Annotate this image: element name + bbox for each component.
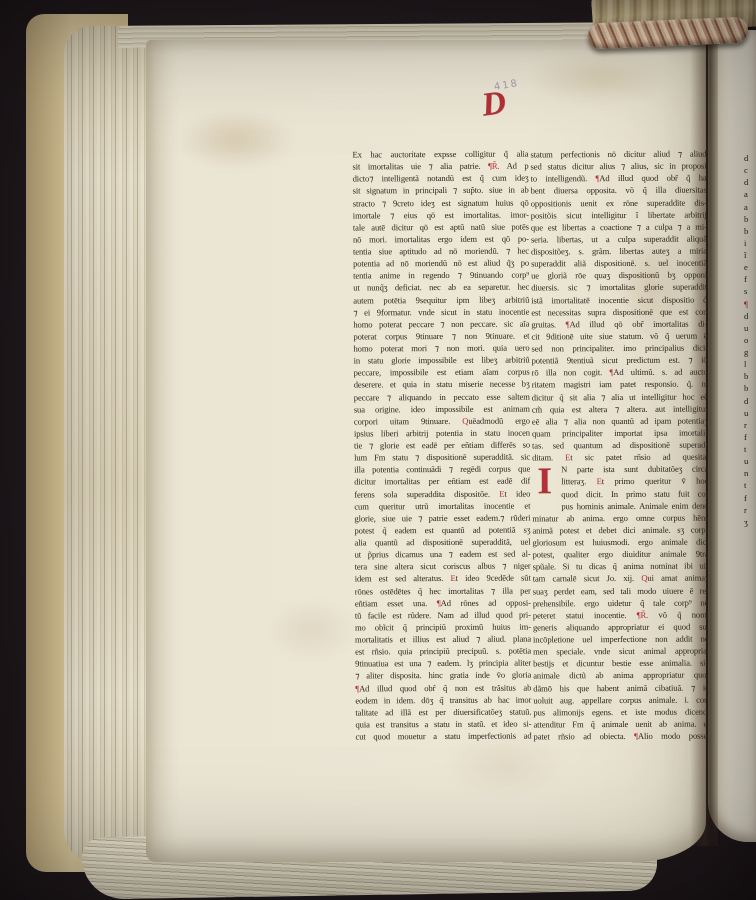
text-line: animale dictũ ab anima appropriatur quo- bbox=[533, 669, 709, 682]
text-line: potest, qualiter ergo diuiditur animale … bbox=[533, 548, 709, 561]
text-line: u bbox=[744, 407, 756, 419]
text-line: tentia siue aptitudo ad nō moriendũ. ⁊ h… bbox=[353, 245, 529, 258]
text-line: seria. libertas, ut a culpa superaddit a… bbox=[531, 232, 707, 245]
text-line: poterat corpus 9tinuare ⁊ non 9tinuare. … bbox=[353, 329, 529, 342]
text-line: dãmō his que habent animã cibatiuã. ⁊ iõ bbox=[533, 681, 709, 694]
drop-cap-initial: I bbox=[532, 465, 557, 501]
text-line: dicto⁊ intelligentã notandũ est q̃ cum i… bbox=[353, 172, 529, 185]
text-line: imortale ⁊ eius qō est imortalitas. imor… bbox=[353, 208, 529, 221]
text-line: b bbox=[744, 225, 756, 237]
text-line: que est libertas a coactione ⁊ a culpa ⁊… bbox=[531, 220, 707, 233]
text-line: ditam. Et sic patet rñsio ad quesita. bbox=[532, 451, 708, 464]
text-line: sed non principaliter. imo principalius … bbox=[531, 342, 707, 355]
text-line: f bbox=[744, 431, 756, 443]
text-line: in statu glorie impossibile est libeʒ ar… bbox=[354, 354, 530, 367]
text-line: peteret statui inocentie. ¶R̃. võ q̃ nom… bbox=[533, 608, 709, 621]
text-line: ĩ bbox=[744, 249, 756, 261]
text-line: men speciale. vnde sicut animal appropri… bbox=[533, 645, 709, 658]
open-page: 418 D Ex hac auctoritate expsse colligit… bbox=[146, 40, 706, 862]
text-line: pus hominis animale. Animale enim deno bbox=[561, 499, 708, 512]
text-line: oppositionis uenit ex rōne superaddite d… bbox=[531, 196, 707, 209]
text-line: diuersis. sic ⁊ imortalitas glorie super… bbox=[531, 281, 707, 294]
text-line: ue gloriã rōe quaʒ dispositionũ bʒ oppon… bbox=[531, 269, 707, 282]
text-line: deserere. et quia in statu miserie neces… bbox=[354, 378, 530, 391]
text-line: l bbox=[744, 358, 756, 370]
text-line: bent diuersa opposita. võ q̃ illa diuers… bbox=[531, 184, 707, 197]
text-line: a bbox=[744, 201, 756, 213]
text-line: ut nunq̃ʒ deficiat. nec ab ea separetur.… bbox=[353, 281, 529, 294]
text-line: f bbox=[744, 492, 756, 504]
text-line: s bbox=[744, 285, 756, 297]
text-line: tera sine altera sicut coriscus albus ⁊ … bbox=[355, 560, 531, 573]
text-line: ritatem magistri iam patet responsio. q̃… bbox=[532, 378, 708, 391]
text-line: peccare, impossibile est etiam aĩam corp… bbox=[354, 366, 530, 379]
text-line: f bbox=[744, 273, 756, 285]
text-line: sed status dicitur alius ⁊ alius, sic in… bbox=[531, 160, 707, 173]
text-line: uoluit aug. appellare corpus animale. i.… bbox=[533, 693, 709, 706]
text-line: dicitur imortalitas per eñtiam est eadē … bbox=[354, 475, 530, 488]
text-line: tam carnalē sicut Jo. xij. Qui amat anim… bbox=[533, 572, 709, 585]
text-line: b bbox=[744, 370, 756, 382]
text-line: d bbox=[744, 176, 756, 188]
text-line: alia quantũ ad dispositionē superadditã,… bbox=[354, 536, 530, 549]
text-line: quam principaliter importat ipsa imortal… bbox=[532, 426, 708, 439]
text-line: potest q̃ eadem est quantũ ad potentiã s… bbox=[354, 523, 530, 536]
text-line: r bbox=[744, 504, 756, 516]
text-line: statum perfectionis nō dicitur aliud ⁊ a… bbox=[530, 148, 706, 161]
text-line: g bbox=[744, 346, 756, 358]
text-line: ¶Ad illud quod obr̃ q̃ non est trãsitus … bbox=[355, 681, 531, 694]
text-line: autem potētia 9sequitur ipm libeʒ arbitr… bbox=[353, 293, 529, 306]
facing-page-edge: dcdaabbiĩefs¶duoglbbdurftuntfrʒ bbox=[708, 30, 756, 842]
text-line: generis aliquando appropriatur ei quod s… bbox=[533, 620, 709, 633]
photo-backdrop: 418 D Ex hac auctoritate expsse colligit… bbox=[0, 0, 756, 900]
text-line: ferens sola superaddita dispositõe. Et i… bbox=[354, 487, 530, 500]
text-line: mortalitatis et illius est aliud ⁊ aliud… bbox=[355, 633, 531, 646]
text-line: ut p̃prius dicamus una ⁊ eadem est sed a… bbox=[355, 548, 531, 561]
text-line: bestijs et dicuntur bestie esse animalia… bbox=[533, 657, 709, 670]
text-line: potentiã 9tentiuã sicut predictum est. ⁊… bbox=[532, 354, 708, 367]
text-line: homo poterat mori ⁊ non mori. quia uero bbox=[353, 342, 529, 355]
text-line: attenditur Fm q̃ animale uenit ab anima.… bbox=[533, 717, 709, 730]
text-line: superaddit aliã dispositionē. s. uel ino… bbox=[531, 257, 707, 270]
text-line: rō illa non cogit. ¶Ad ultimũ. s. ad auc… bbox=[532, 366, 708, 379]
text-line: gruitas. ¶Ad illud qō obr̃ imortalitas d… bbox=[531, 317, 707, 330]
text-line: eñtiam esset una. ¶Ad rōnes ad opposi- bbox=[355, 596, 531, 609]
text-line: istã imortalitatē inocentie sicut dispos… bbox=[531, 293, 707, 306]
text-line: lum Fm statu ⁊ dispositionē superadditã.… bbox=[354, 451, 530, 464]
text-line: quia est transitus a statu in statũ. et … bbox=[355, 717, 531, 730]
text-line: eodem in idem. dōʒ q̃ transitus ab hac i… bbox=[355, 693, 531, 706]
text-line: patet rñsio ad obiecta. ¶Alio modo posse… bbox=[533, 730, 709, 743]
text-line: idem est sed alteratus. Et ideo 9cedēde … bbox=[355, 572, 531, 585]
text-line: tale autē dicitur qō est aptũ natũ siue … bbox=[353, 220, 529, 233]
facing-page-text-fragments: dcdaabbiĩefs¶duoglbbdurftuntfrʒ bbox=[744, 152, 756, 528]
text-line: rōnes ostēdētes q̃ hec imortalitas ⁊ ill… bbox=[355, 584, 531, 597]
text-line: quod dicit. In primo statu fuit cor bbox=[561, 487, 708, 500]
text-line: incōpletione uel imperfectione non addit… bbox=[533, 633, 709, 646]
text-line: corpori uitam 9tinuare. Quēadmodũ ergo bbox=[354, 414, 530, 427]
stain-blob bbox=[176, 110, 296, 170]
text-line: d bbox=[744, 152, 756, 164]
text-line: d bbox=[744, 310, 756, 322]
text-line: ¶ bbox=[744, 298, 756, 310]
text-line: cum queritur utrũ imortalitas inocentie … bbox=[354, 499, 530, 512]
text-line: e bbox=[744, 261, 756, 273]
text-line: Ex hac auctoritate expsse colligitur q̃ … bbox=[352, 148, 528, 161]
text-line: mo obĩcit q̃ principiũ proximũ huius im- bbox=[355, 620, 531, 633]
text-line: homo poterat peccare ⁊ non peccare. sic … bbox=[353, 317, 529, 330]
text-line: stracto ⁊ 9creto ideʒ est signatum huius… bbox=[353, 196, 529, 209]
text-line: animã potest et debet dici animale. sʒ c… bbox=[532, 523, 708, 536]
text-line: tie ⁊ glorie est eadē per eñtiam differē… bbox=[354, 439, 530, 452]
text-line: ⁊ aliter disposita. hinc gratia inde v̄o… bbox=[355, 669, 531, 682]
text-line: tas. sed quantum ad dispositionē superad… bbox=[532, 439, 708, 452]
text-line: litteraʒ. Et primo queritur v̄ hoc bbox=[561, 475, 708, 488]
text-line: eē alia ⁊ alia non quantũ ad ipam potent… bbox=[532, 414, 708, 427]
text-line: sit imortalitas uie ⁊ alia patrie. ¶R̃. … bbox=[353, 160, 529, 173]
text-line: sit signatum in principali ⁊ sup̃to. siu… bbox=[353, 184, 529, 197]
text-line: minatur ab anima. ergo omne corpus hēns bbox=[532, 511, 708, 524]
text-line: t bbox=[744, 479, 756, 491]
text-line: ⁊ ei 9formatur. vnde sicut in statu inoc… bbox=[353, 305, 529, 318]
text-column-right: statum perfectionis nō dicitur aliud ⁊ a… bbox=[530, 148, 709, 743]
red-signature-mark: D bbox=[480, 87, 508, 123]
text-line: cm̃ quia est altera ⁊ altera. aut intell… bbox=[532, 402, 708, 415]
text-line: sua origine. ideo impossibile est animam bbox=[354, 402, 530, 415]
text-line: potentia ad nō moriendũ nō est aliud q̃ʒ… bbox=[353, 257, 529, 270]
text-line: 9tinuatiua est una ⁊ eadem. lʒ principia… bbox=[355, 657, 531, 670]
text-line: gloriosum est huiusmodi. ergo animale di… bbox=[532, 536, 708, 549]
text-line: u bbox=[744, 455, 756, 467]
text-line: nō mori. imortalitas ergo idem est qō po… bbox=[353, 232, 529, 245]
text-line: spũale. Si tu dicas q̃ anima nominat ibi… bbox=[533, 560, 709, 573]
text-line: pus alimonijs egens. et iste modus dicen… bbox=[533, 705, 709, 718]
text-line: glorie, siue uie ⁊ patrie esset eadem.⁊ … bbox=[354, 511, 530, 524]
text-line: N parte ista sunt dubitatõeʒ circa bbox=[561, 463, 708, 476]
text-line: est necessitas supra dispositionē que es… bbox=[531, 305, 707, 318]
text-line: n bbox=[744, 467, 756, 479]
text-line: illa potentia continuãdi ⁊ regēdi corpus… bbox=[354, 463, 530, 476]
text-line: c bbox=[744, 164, 756, 176]
text-line: ipsius liberi arbitrij potentia in statu… bbox=[354, 426, 530, 439]
text-line: tũ facile est rũdere. Nam ad illud quod … bbox=[355, 608, 531, 621]
text-line: suaʒ perdet eam, sed tali modo uiuere ē … bbox=[533, 584, 709, 597]
text-line: ʒ bbox=[744, 516, 756, 528]
text-line: d bbox=[744, 395, 756, 407]
text-line: b bbox=[744, 213, 756, 225]
text-line: est rñsio. quia principiũ precipuũ. s. p… bbox=[355, 645, 531, 658]
stain-blob bbox=[526, 50, 676, 105]
text-line: b bbox=[744, 382, 756, 394]
text-line: dispositõeʒ. s. grãm. libertas auteʒ a m… bbox=[531, 245, 707, 258]
text-line: talitate ad illã est per diuersificatõeʒ… bbox=[355, 705, 531, 718]
text-line: dicitur q̃ sit alia ⁊ alia ut intelligit… bbox=[532, 390, 708, 403]
text-line: o bbox=[744, 334, 756, 346]
text-line: positõis sicut intelligitur ĩ libertate … bbox=[531, 208, 707, 221]
text-line: cit 9ditionē uite siue statum. võ q̃ uer… bbox=[531, 329, 707, 342]
text-line: peccare ⁊ aliquando in peccato esse salt… bbox=[354, 390, 530, 403]
text-line: t bbox=[744, 443, 756, 455]
stain-blob bbox=[266, 600, 356, 660]
text-line: prehensibile. ergo uidetur q̃ tale corp⁹… bbox=[533, 596, 709, 609]
text-line: to intelligendũ. ¶Ad illud quod obr̃ q̃ … bbox=[531, 172, 707, 185]
text-line: u bbox=[744, 322, 756, 334]
text-line: r bbox=[744, 419, 756, 431]
text-column-left: Ex hac auctoritate expsse colligitur q̃ … bbox=[352, 148, 531, 743]
text-line: a bbox=[744, 188, 756, 200]
text-line: cut quod mouetur a statu imperfectionis … bbox=[355, 730, 531, 743]
text-line: tentia anime in regendo ⁊ 9tinuando corp… bbox=[353, 269, 529, 282]
text-line: i bbox=[744, 237, 756, 249]
